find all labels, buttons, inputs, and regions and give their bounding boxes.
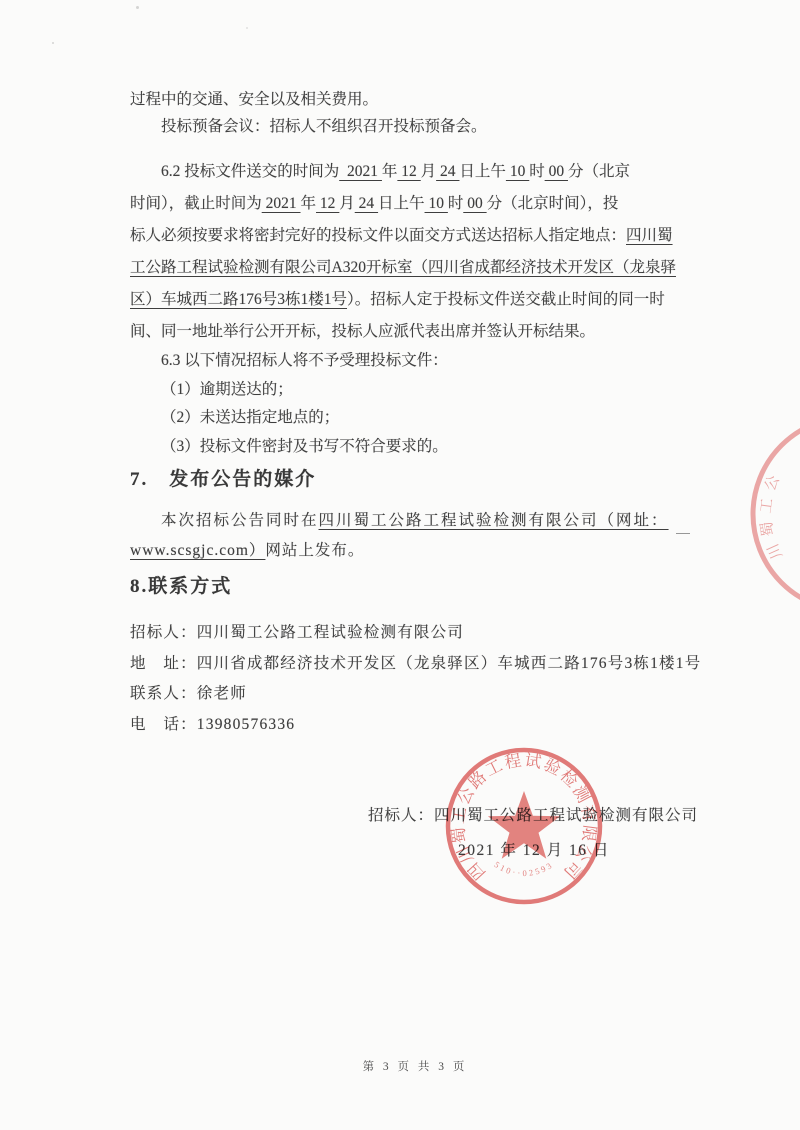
text-line: 工公路工程试验检测有限公司A320开标室（四川省成都经济技术开发区（龙泉驿: [130, 252, 690, 284]
text-line: （3）投标文件密封及书写不符合要求的。: [130, 433, 690, 462]
paragraph-media: 本次招标公告同时在四川蜀工公路工程试验检测有限公司（网址：www.scsgjc.…: [130, 506, 690, 566]
section-heading-8: 8.联系方式: [130, 571, 232, 598]
text-line: 6.2 投标文件送交的时间为 2021 年 12 月 24 日上午 10 时 0…: [130, 156, 690, 188]
text-line: 招标人：四川蜀工公路工程试验检测有限公司: [130, 618, 690, 649]
edge-partial-seal-stamp: 川蜀工公: [744, 402, 800, 626]
edge-seal-ring: [753, 417, 800, 611]
text-line: 投标预备会议：招标人不组织召开投标预备会。: [130, 113, 690, 140]
text-line: 间、同一地址举行公开开标，投标人应派代表出席并签认开标结果。: [130, 316, 690, 348]
text-line: 联系人：徐老师: [130, 679, 690, 710]
text-line: 标人必须按要求将密封完好的投标文件以面交方式送达招标人指定地点：四川蜀: [130, 220, 690, 252]
text-line: 6.3 以下情况招标人将不予受理投标文件：: [130, 347, 690, 376]
scan-speck: [136, 6, 139, 9]
document-page: 过程中的交通、安全以及相关费用。投标预备会议：招标人不组织召开投标预备会。 6.…: [0, 0, 800, 1130]
paragraph-intro: 过程中的交通、安全以及相关费用。投标预备会议：招标人不组织召开投标预备会。: [130, 86, 690, 140]
scan-speck: [52, 42, 54, 44]
edge-seal-text: 川蜀工公: [757, 467, 786, 562]
company-seal-stamp: 四川蜀工公路工程试验检测有限公司 510··02593: [414, 716, 634, 936]
text-line: www.scsgjc.com）网站上发布。: [130, 536, 690, 566]
page-number-footer: 第 3 页 共 3 页: [115, 1058, 715, 1074]
paragraph-6-3: 6.3 以下情况招标人将不予受理投标文件：（1）逾期送达的；（2）未送达指定地点…: [130, 347, 690, 461]
text-line: 时间），截止时间为 2021 年 12 月 24 日上午 10 时 00 分（北…: [130, 188, 690, 220]
seal-code-text: 510··02593: [493, 859, 556, 878]
text-line: 地 址：四川省成都经济技术开发区（龙泉驿区）车城西二路176号3栋1楼1号: [130, 649, 690, 680]
paragraph-6-2: 6.2 投标文件送交的时间为 2021 年 12 月 24 日上午 10 时 0…: [130, 156, 690, 348]
text-line: 过程中的交通、安全以及相关费用。: [130, 86, 690, 113]
text-line: 本次招标公告同时在四川蜀工公路工程试验检测有限公司（网址：: [130, 506, 690, 536]
scan-speck: [246, 27, 248, 29]
text-line: （1）逾期送达的；: [130, 376, 690, 405]
text-line: （2）未送达指定地点的；: [130, 404, 690, 433]
seal-star-icon: [488, 791, 560, 859]
section-heading-7: 7. 发布公告的媒介: [130, 464, 316, 491]
text-line: 区）车城西二路176号3栋1楼1号）。招标人定于投标文件送交截止时间的同一时: [130, 284, 690, 316]
